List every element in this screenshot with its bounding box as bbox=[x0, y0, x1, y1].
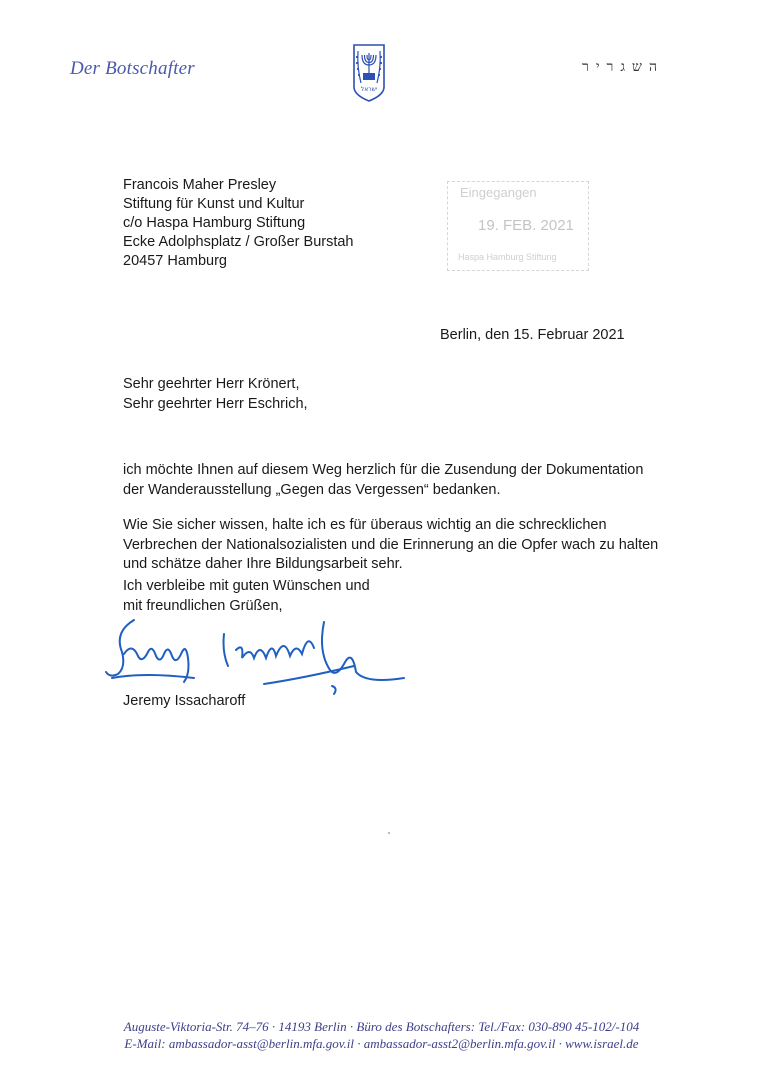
recipient-address: Francois Maher Presley Stiftung für Kuns… bbox=[123, 176, 354, 271]
recipient-name: Francois Maher Presley bbox=[123, 176, 354, 195]
svg-text:ישראל: ישראל bbox=[361, 86, 377, 93]
salutation: Sehr geehrter Herr Krönert, Sehr geehrte… bbox=[123, 374, 308, 414]
letter-date: Berlin, den 15. Februar 2021 bbox=[440, 327, 625, 343]
recipient-organization: Stiftung für Kunst und Kultur bbox=[123, 195, 354, 214]
salutation-line-2: Sehr geehrter Herr Eschrich, bbox=[123, 394, 308, 414]
stamp-organization: Haspa Hamburg Stiftung bbox=[458, 252, 557, 262]
body-paragraph-1: ich möchte Ihnen auf diesem Weg herzlich… bbox=[123, 461, 663, 500]
stamp-received-label: Eingegangen bbox=[460, 185, 537, 200]
salutation-line-1: Sehr geehrter Herr Krönert, bbox=[123, 374, 308, 394]
body-paragraph-2: Wie Sie sicher wissen, halte ich es für … bbox=[123, 516, 663, 575]
signer-name: Jeremy Issacharoff bbox=[123, 693, 245, 709]
menorah-emblem-icon: ישראל bbox=[352, 43, 386, 103]
recipient-street: Ecke Adolphsplatz / Großer Burstah bbox=[123, 233, 354, 252]
footer-address: Auguste-Viktoria-Str. 74–76 · 14193 Berl… bbox=[0, 1019, 763, 1035]
received-stamp: Eingegangen 19. FEB. 2021 Haspa Hamburg … bbox=[447, 181, 589, 271]
recipient-city: 20457 Hamburg bbox=[123, 252, 354, 271]
recipient-care-of: c/o Haspa Hamburg Stiftung bbox=[123, 214, 354, 233]
closing: Ich verbleibe mit guten Wünschen und mit… bbox=[123, 577, 370, 616]
closing-line-1: Ich verbleibe mit guten Wünschen und bbox=[123, 577, 370, 597]
letterhead-title-he: השגריר bbox=[582, 60, 664, 76]
handwritten-signature-icon bbox=[104, 612, 414, 702]
footer-contact: E-Mail: ambassador-asst@berlin.mfa.gov.i… bbox=[0, 1036, 763, 1052]
scan-speck bbox=[388, 832, 390, 834]
stamp-date: 19. FEB. 2021 bbox=[478, 217, 574, 234]
letterhead-title-de: Der Botschafter bbox=[70, 58, 195, 80]
